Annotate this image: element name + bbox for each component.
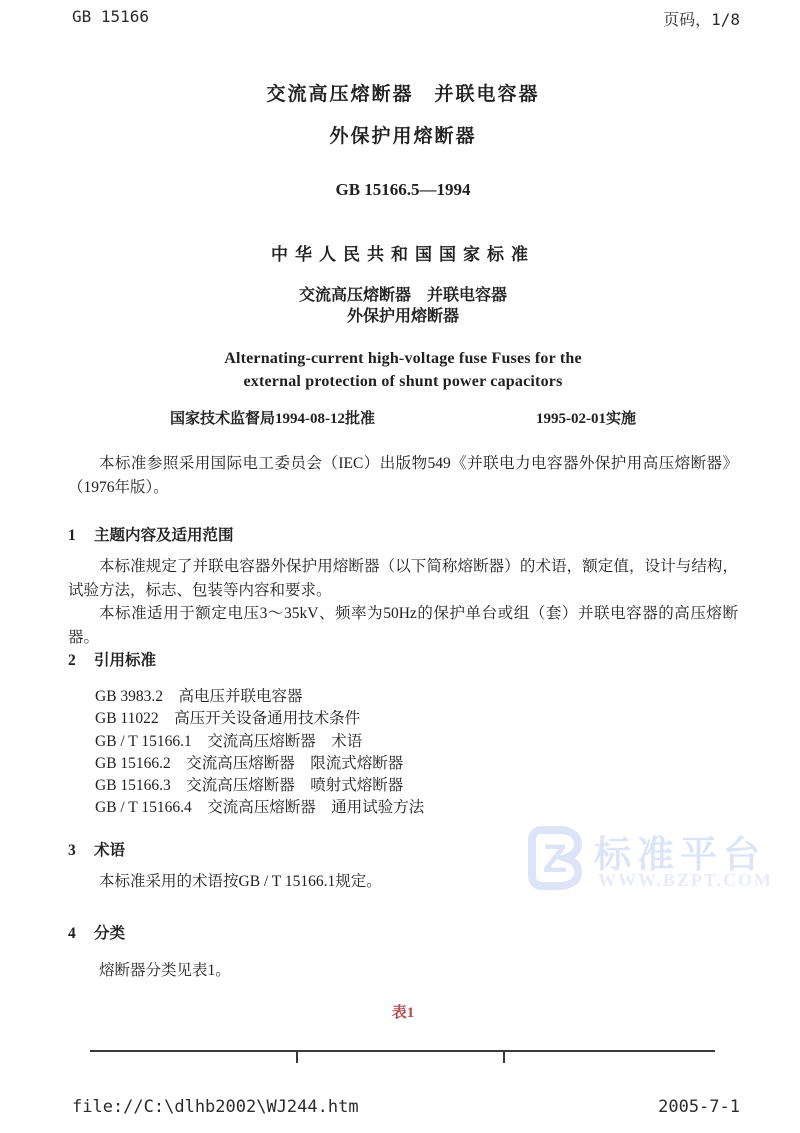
section-3-title: 术语 [94,842,125,859]
cn-title-line2: 外保护用熔断器 [68,306,738,327]
section-2-heading: 2引用标准 [68,648,738,670]
section-3-number: 3 [68,842,82,860]
section-1-title: 主题内容及适用范围 [94,527,234,544]
approval-text: 国家技术监督局1994-08-12批准 [170,407,375,428]
document-page: GB 15166 页码，1/8 Z 标准平台 WWW.BZPT.COM 交流高压… [0,0,800,1133]
section-4-number: 4 [68,925,82,943]
section-2-title: 引用标准 [94,652,156,669]
reference-list: GB 3983.2 高电压并联电容器 GB 11022 高压开关设备通用技术条件… [68,686,738,820]
table-1-caption: 表1 [68,1001,738,1022]
section-1-body: 本标准规定了并联电容器外保护用熔断器（以下简称熔断器）的术语，额定值，设计与结构… [68,555,738,649]
reference-item: GB 15166.2 交流高压熔断器 限流式熔断器 [95,753,738,775]
en-title-line2: external protection of shunt power capac… [68,370,738,393]
reference-item: GB 3983.2 高电压并联电容器 [95,686,738,708]
section-1-number: 1 [68,527,82,545]
cn-title-line1: 交流高压熔断器 并联电容器 [68,285,738,306]
section-1-paragraph-1: 本标准规定了并联电容器外保护用熔断器（以下简称熔断器）的术语，额定值，设计与结构… [68,555,738,602]
reference-item: GB 11022 高压开关设备通用技术条件 [95,708,738,730]
approval-row: 国家技术监督局1994-08-12批准 1995-02-01实施 [68,407,738,428]
document-body: 交流高压熔断器 并联电容器 外保护用熔断器 GB 15166.5—1994 中华… [68,0,738,1133]
reference-item: GB / T 15166.1 交流高压熔断器 术语 [95,731,738,753]
table-top-border [90,1050,715,1052]
implementation-text: 1995-02-01实施 [536,407,636,428]
section-4-heading: 4分类 [68,921,738,943]
table-column-divider [503,1051,505,1063]
doc-title-line2: 外保护用熔断器 [68,121,738,148]
reference-item: GB / T 15166.4 交流高压熔断器 通用试验方法 [95,797,738,819]
table-column-divider [296,1051,298,1063]
cn-title-block: 交流高压熔断器 并联电容器 外保护用熔断器 [68,285,738,327]
section-2-number: 2 [68,652,82,670]
en-title-line1: Alternating-current high-voltage fuse Fu… [68,347,738,370]
section-1-heading: 1主题内容及适用范围 [68,523,738,545]
national-standard-label: 中华人民共和国国家标准 [68,240,738,265]
en-title-block: Alternating-current high-voltage fuse Fu… [68,347,738,393]
reference-item: GB 15166.3 交流高压熔断器 喷射式熔断器 [95,775,738,797]
foreword-paragraph: 本标准参照采用国际电工委员会（IEC）出版物549《并联电力电容器外保护用高压熔… [68,452,738,499]
section-3-heading: 3术语 [68,838,738,860]
doc-title-line1: 交流高压熔断器 并联电容器 [68,79,738,106]
section-3-paragraph: 本标准采用的术语按GB / T 15166.1规定。 [68,870,738,894]
standard-number: GB 15166.5—1994 [68,180,738,200]
section-4-paragraph: 熔断器分类见表1。 [68,959,738,983]
section-4-title: 分类 [94,925,125,942]
section-1-paragraph-2: 本标准适用于额定电压3～35kV、频率为50Hz的保护单台或组（套）并联电容器的… [68,602,738,649]
